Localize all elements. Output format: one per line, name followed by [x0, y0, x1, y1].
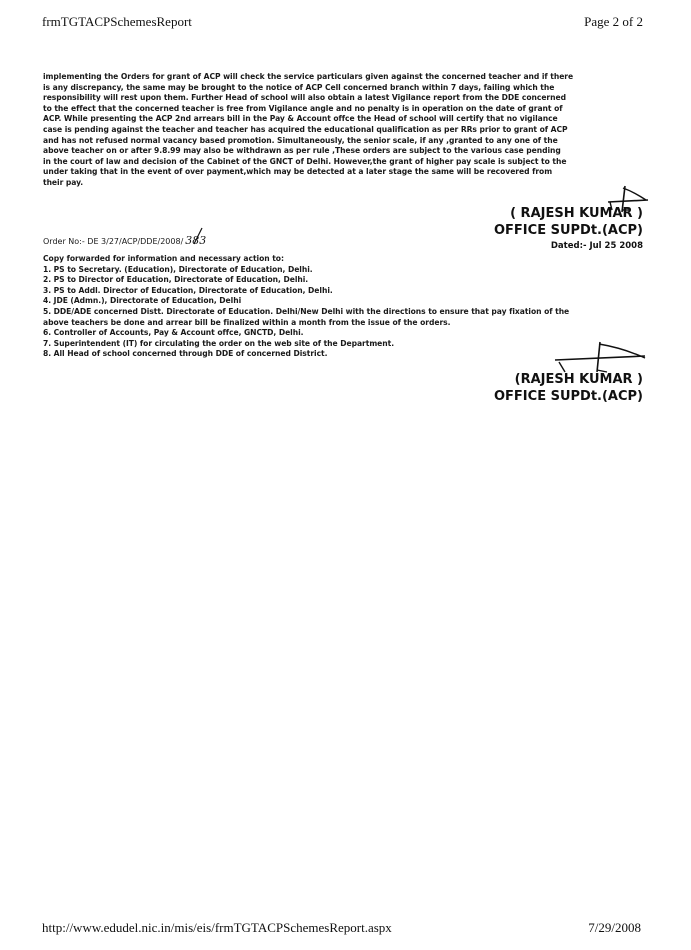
copy-forwarded-intro: Copy forwarded for information and neces…: [43, 254, 653, 265]
signatory-title: OFFICE SUPDt.(ACP): [494, 222, 643, 239]
page-indicator: Page 2 of 2: [584, 14, 643, 30]
handwritten-slash-icon: [188, 227, 208, 245]
signature-block-2: (RAJESH KUMAR ) OFFICE SUPDt.(ACP): [494, 372, 643, 405]
paragraph-line: to the effect that the concerned teacher…: [43, 104, 653, 115]
handwritten-signature-icon: [545, 338, 655, 374]
paragraph-line: in the court of law and decision of the …: [43, 157, 653, 168]
report-name: frmTGTACPSchemesReport: [42, 14, 192, 30]
order-body-paragraph: implementing the Orders for grant of ACP…: [43, 72, 653, 189]
paragraph-line: case is pending against the teacher and …: [43, 125, 653, 136]
list-item: 2. PS to Director of Education, Director…: [43, 275, 653, 286]
paragraph-line: under taking that in the event of over p…: [43, 167, 653, 178]
order-number-label: Order No:- DE 3/27/ACP/DDE/2008/: [43, 237, 183, 246]
list-item: above teachers be done and arrear bill b…: [43, 318, 653, 329]
list-item: 5. DDE/ADE concerned Distt. Directorate …: [43, 307, 653, 318]
paragraph-line: their pay.: [43, 178, 653, 189]
paragraph-line: above teacher on or after 9.8.99 may als…: [43, 146, 653, 157]
paragraph-line: implementing the Orders for grant of ACP…: [43, 72, 653, 83]
signatory-title: OFFICE SUPDt.(ACP): [494, 388, 643, 405]
signatory-name: ( RAJESH KUMAR ): [494, 206, 643, 222]
order-number: Order No:- DE 3/27/ACP/DDE/2008/383: [43, 234, 206, 247]
list-item: 4. JDE (Admn.), Directorate of Education…: [43, 296, 653, 307]
paragraph-line: and has not refused normal vacancy based…: [43, 136, 653, 147]
paragraph-line: responsibility will rest upon them. Furt…: [43, 93, 653, 104]
list-item: 1. PS to Secretary. (Education), Directo…: [43, 265, 653, 276]
dated-label: Dated:- Jul 25 2008: [494, 240, 643, 252]
page-url: http://www.edudel.nic.in/mis/eis/frmTGTA…: [42, 920, 392, 936]
print-date: 7/29/2008: [588, 920, 641, 936]
signature-block-1: ( RAJESH KUMAR ) OFFICE SUPDt.(ACP) Date…: [494, 206, 643, 252]
paragraph-line: ACP. While presenting the ACP 2nd arrear…: [43, 114, 653, 125]
list-item: 3. PS to Addl. Director of Education, Di…: [43, 286, 653, 297]
paragraph-line: is any discrepancy, the same may be brou…: [43, 83, 653, 94]
signatory-name: (RAJESH KUMAR ): [494, 372, 643, 388]
